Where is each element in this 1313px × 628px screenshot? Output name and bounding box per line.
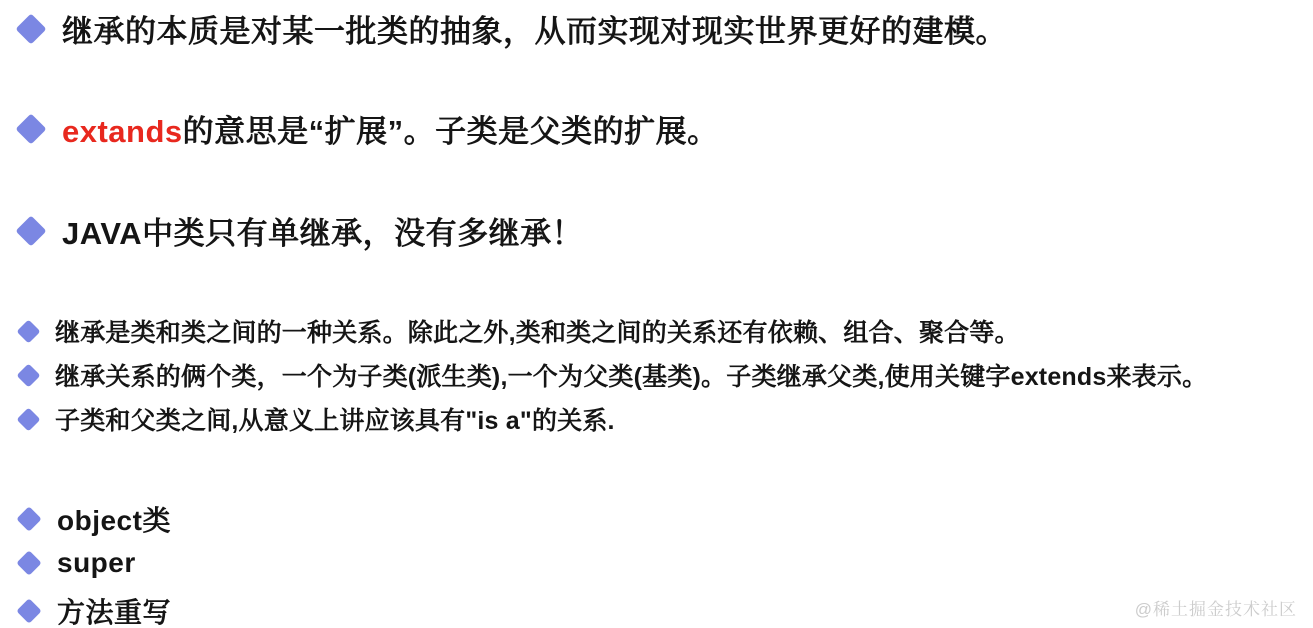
bullet-item: super (0, 547, 136, 579)
bullet-text: 方法重写 (57, 591, 171, 628)
bullet-item: 继承的本质是对某一批类的抽象，从而实现对现实世界更好的建模。 (0, 6, 1007, 51)
diamond-bullet-icon (16, 550, 41, 575)
bullet-item: extands的意思是“扩展”。子类是父类的扩展。 (0, 106, 719, 151)
bullet-text: 继承的本质是对某一批类的抽象，从而实现对现实世界更好的建模。 (62, 6, 1007, 51)
bullet-text: super (57, 547, 136, 579)
bullet-text: object类 (57, 499, 171, 539)
diamond-bullet-icon (16, 319, 40, 343)
diamond-bullet-icon (16, 506, 41, 531)
diamond-bullet-icon (16, 598, 41, 623)
bullet-text: 继承是类和类之间的一种关系。除此之外,类和类之间的关系还有依赖、组合、聚合等。 (55, 313, 1020, 349)
watermark: @稀土掘金技术社区 (1135, 595, 1297, 620)
bullet-text: 继承关系的俩个类，一个为子类(派生类),一个为父类(基类)。子类继承父类,使用关… (55, 357, 1207, 393)
bullet-text-rest: 的意思是“扩展”。子类是父类的扩展。 (183, 114, 719, 149)
bullet-item: 继承关系的俩个类，一个为子类(派生类),一个为父类(基类)。子类继承父类,使用关… (0, 357, 1207, 393)
slide-page: 继承的本质是对某一批类的抽象，从而实现对现实世界更好的建模。 extands的意… (0, 0, 1313, 628)
diamond-bullet-icon (16, 363, 40, 387)
bullet-item: 继承是类和类之间的一种关系。除此之外,类和类之间的关系还有依赖、组合、聚合等。 (0, 313, 1020, 349)
bullet-text: 子类和父类之间,从意义上讲应该具有"is a"的关系. (55, 401, 615, 437)
bullet-text: JAVA中类只有单继承，没有多继承！ (62, 208, 583, 253)
highlight-keyword: extands (62, 114, 183, 149)
bullet-item: object类 (0, 499, 171, 539)
diamond-bullet-icon (15, 215, 46, 246)
bullet-item: JAVA中类只有单继承，没有多继承！ (0, 208, 583, 253)
diamond-bullet-icon (16, 407, 40, 431)
bullet-text: extands的意思是“扩展”。子类是父类的扩展。 (62, 106, 719, 151)
bullet-item: 方法重写 (0, 591, 171, 628)
bullet-item: 子类和父类之间,从意义上讲应该具有"is a"的关系. (0, 401, 615, 437)
diamond-bullet-icon (15, 113, 46, 144)
diamond-bullet-icon (15, 13, 46, 44)
